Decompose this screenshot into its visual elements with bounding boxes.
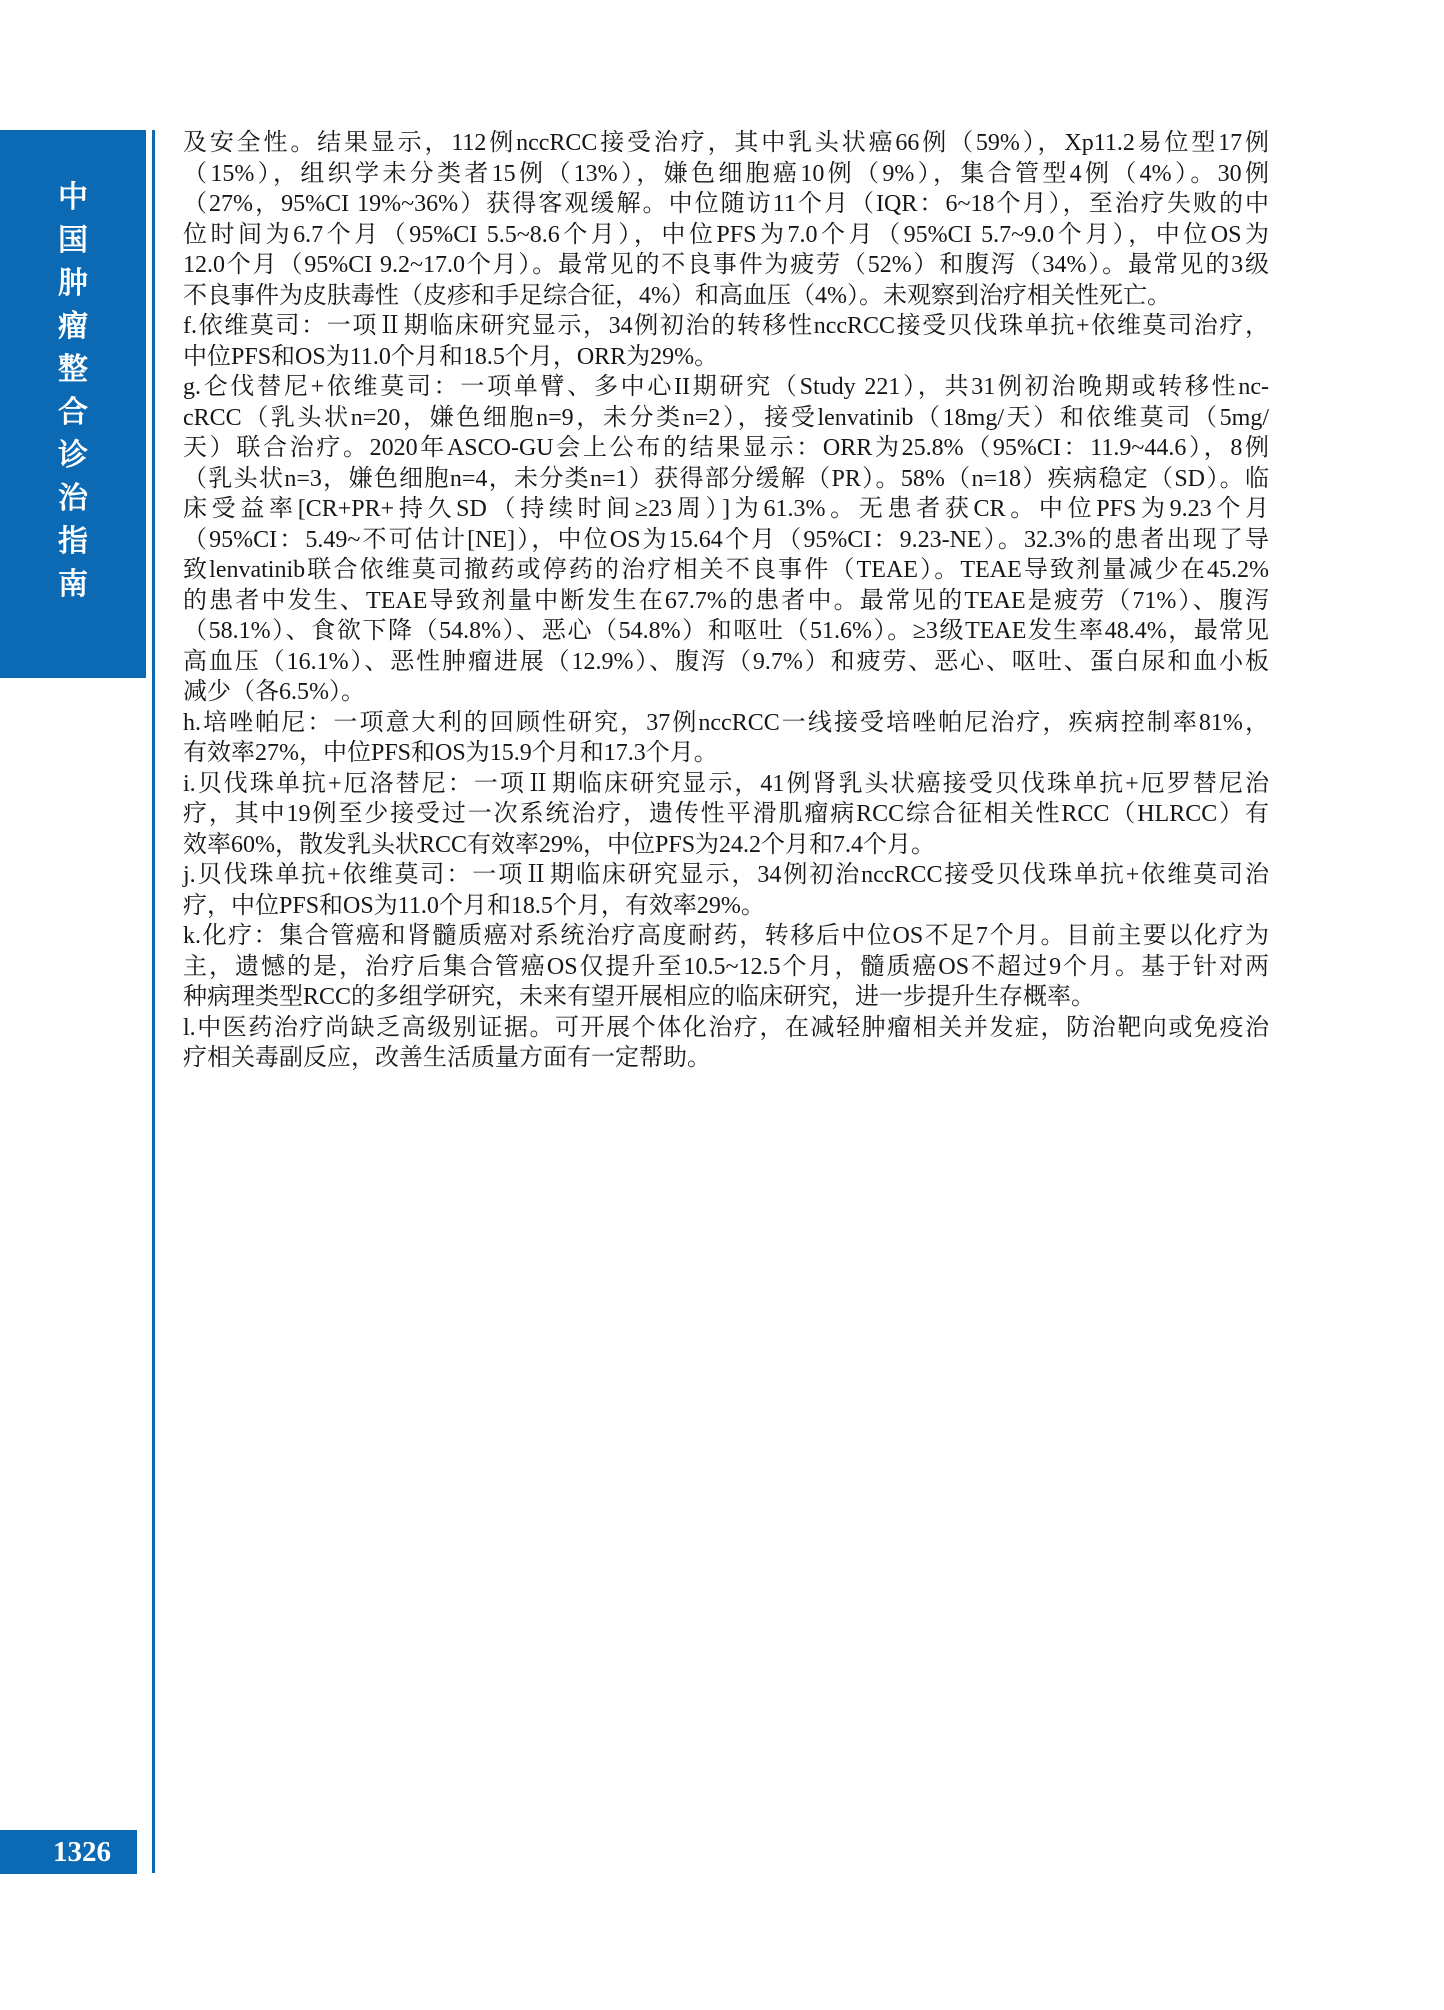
text-line: 致lenvatinib联合依维莫司撤药或停药的治疗相关不良事件（TEAE）。TE… [183, 555, 1269, 586]
text-line: 疗，其中19例至少接受过一次系统治疗，遗传性平滑肌瘤病RCC综合征相关性RCC（… [183, 799, 1269, 830]
sidebar-title-char: 诊 [58, 441, 88, 471]
text-line: 的患者中发生、TEAE导致剂量中断发生在67.7%的患者中。最常见的TEAE是疲… [183, 586, 1269, 617]
text-line: （乳头状n=3，嫌色细胞n=4，未分类n=1）获得部分缓解（PR）。58%（n=… [183, 464, 1269, 495]
text-line: f.依维莫司：一项Ⅱ期临床研究显示，34例初治的转移性nccRCC接受贝伐珠单抗… [183, 311, 1269, 342]
text-line: 减少（各6.5%）。 [183, 677, 1269, 708]
sidebar-title-char: 瘤 [58, 312, 88, 342]
sidebar-title-char: 整 [58, 355, 88, 385]
sidebar-title-char: 治 [58, 484, 88, 514]
text-line: 12.0个月（95%CI 9.2~17.0个月）。最常见的不良事件为疲劳（52%… [183, 250, 1269, 281]
text-line: 疗，中位PFS和OS为11.0个月和18.5个月，有效率29%。 [183, 891, 1269, 922]
sidebar-title-char: 肿 [58, 269, 88, 299]
text-line: 疗相关毒副反应，改善生活质量方面有一定帮助。 [183, 1043, 1269, 1074]
page-number-badge: 1326 [0, 1830, 137, 1874]
text-line: i.贝伐珠单抗+厄洛替尼：一项Ⅱ期临床研究显示，41例肾乳头状癌接受贝伐珠单抗+… [183, 769, 1269, 800]
text-line: cRCC（乳头状n=20，嫌色细胞n=9，未分类n=2），接受lenvatini… [183, 403, 1269, 434]
page-number: 1326 [53, 1836, 111, 1869]
text-line: （58.1%）、食欲下降（54.8%）、恶心（54.8%）和呕吐（51.6%）。… [183, 616, 1269, 647]
content-area: 及安全性。结果显示，112例nccRCC接受治疗，其中乳头状癌66例（59%），… [183, 128, 1269, 1074]
sidebar-title-char: 南 [58, 570, 88, 600]
text-line: 天）联合治疗。2020年ASCO-GU会上公布的结果显示：ORR为25.8%（9… [183, 433, 1269, 464]
text-line: l.中医药治疗尚缺乏高级别证据。可开展个体化治疗，在减轻肿瘤相关并发症，防治靶向… [183, 1013, 1269, 1044]
sidebar-title-char: 指 [58, 527, 88, 557]
sidebar-band: 中国肿瘤整合诊治指南 [0, 130, 146, 678]
text-line: 种病理类型RCC的多组学研究，未来有望开展相应的临床研究，进一步提升生存概率。 [183, 982, 1269, 1013]
text-line: h.培唑帕尼：一项意大利的回顾性研究，37例nccRCC一线接受培唑帕尼治疗，疾… [183, 708, 1269, 739]
text-line: 主，遗憾的是，治疗后集合管癌OS仅提升至10.5~12.5个月，髓质癌OS不超过… [183, 952, 1269, 983]
text-line: j.贝伐珠单抗+依维莫司：一项Ⅱ期临床研究显示，34例初治nccRCC接受贝伐珠… [183, 860, 1269, 891]
text-line: 及安全性。结果显示，112例nccRCC接受治疗，其中乳头状癌66例（59%），… [183, 128, 1269, 159]
sidebar-title: 中国肿瘤整合诊治指南 [0, 130, 146, 600]
text-line: （95%CI：5.49~不可估计[NE]），中位OS为15.64个月（95%CI… [183, 525, 1269, 556]
text-line: g.仑伐替尼+依维莫司：一项单臂、多中心II期研究（Study 221），共31… [183, 372, 1269, 403]
sidebar-title-char: 合 [58, 398, 88, 428]
divider-line [152, 130, 155, 1873]
text-line: 效率60%，散发乳头状RCC有效率29%，中位PFS为24.2个月和7.4个月。 [183, 830, 1269, 861]
text-line: 不良事件为皮肤毒性（皮疹和手足综合征，4%）和高血压（4%）。未观察到治疗相关性… [183, 281, 1269, 312]
text-line: 床受益率[CR+PR+持久SD（持续时间≥23周）]为61.3%。无患者获CR。… [183, 494, 1269, 525]
text-line: 位时间为6.7个月（95%CI 5.5~8.6个月），中位PFS为7.0个月（9… [183, 220, 1269, 251]
book-page: 中国肿瘤整合诊治指南 及安全性。结果显示，112例nccRCC接受治疗，其中乳头… [0, 0, 1444, 2010]
text-line: （15%），组织学未分类者15例（13%），嫌色细胞癌10例（9%），集合管型4… [183, 159, 1269, 190]
text-line: 高血压（16.1%）、恶性肿瘤进展（12.9%）、腹泻（9.7%）和疲劳、恶心、… [183, 647, 1269, 678]
text-line: k.化疗：集合管癌和肾髓质癌对系统治疗高度耐药，转移后中位OS不足7个月。目前主… [183, 921, 1269, 952]
text-line: （27%，95%CI 19%~36%）获得客观缓解。中位随访11个月（IQR：6… [183, 189, 1269, 220]
text-line: 中位PFS和OS为11.0个月和18.5个月，ORR为29%。 [183, 342, 1269, 373]
text-line: 有效率27%，中位PFS和OS为15.9个月和17.3个月。 [183, 738, 1269, 769]
sidebar-title-char: 中 [58, 183, 88, 213]
sidebar-title-char: 国 [58, 226, 88, 256]
